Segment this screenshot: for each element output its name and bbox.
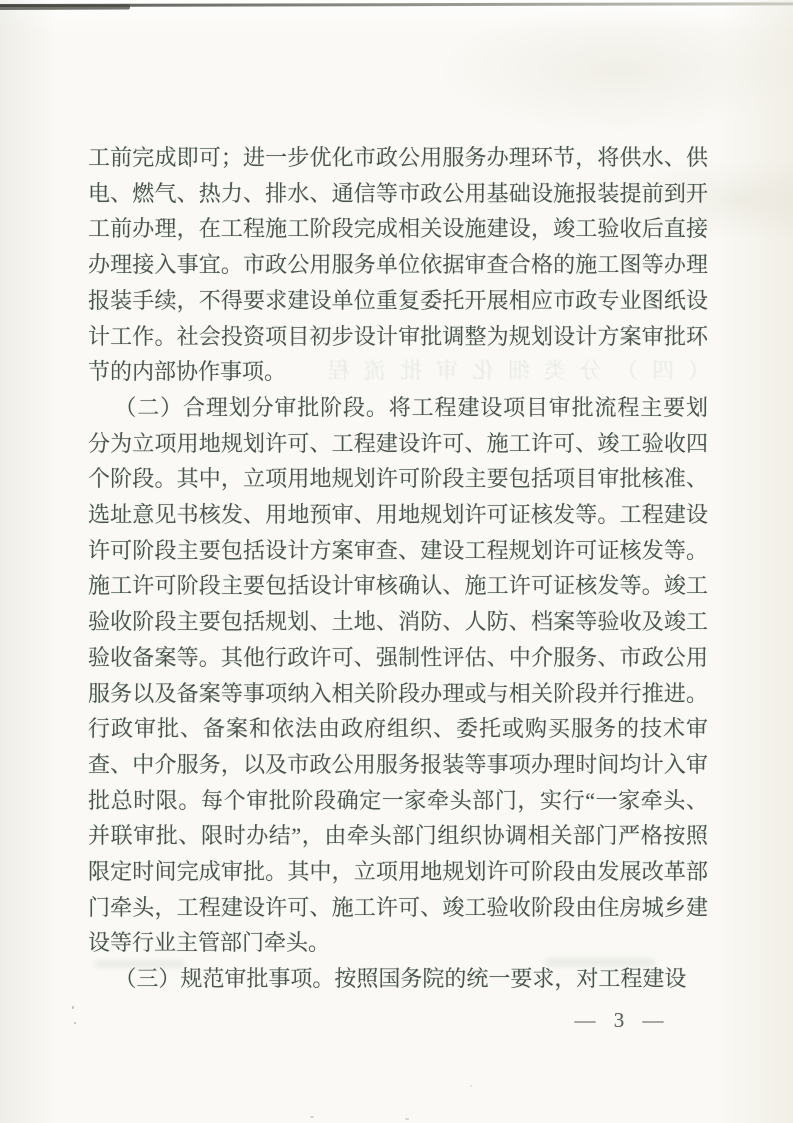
scanner-edge-artifact-left — [0, 4, 130, 10]
scan-speck — [72, 1006, 74, 1009]
scan-speck — [310, 1116, 314, 1118]
document-body-text: 工前完成即可；进一步优化市政公用服务办理环节，将供水、供电、燃气、热力、排水、通… — [88, 140, 708, 997]
page-number: — 3 — — [560, 1005, 680, 1035]
paragraph-section-3: （三）规范审批事项。按照国务院的统一要求，对工程建设 — [88, 961, 708, 997]
paragraph-continuation: 工前完成即可；进一步优化市政公用服务办理环节，将供水、供电、燃气、热力、排水、通… — [88, 140, 708, 390]
scanned-document-page: 工前完成即可；进一步优化市政公用服务办理环节，将供水、供电、燃气、热力、排水、通… — [0, 0, 793, 1123]
scan-speck — [405, 1118, 409, 1120]
scan-speck — [74, 1022, 76, 1024]
paragraph-section-2: （二）合理划分审批阶段。将工程建设项目审批流程主要划分为立项用地规划许可、工程建… — [88, 390, 708, 961]
scan-speck — [470, 1085, 472, 1087]
